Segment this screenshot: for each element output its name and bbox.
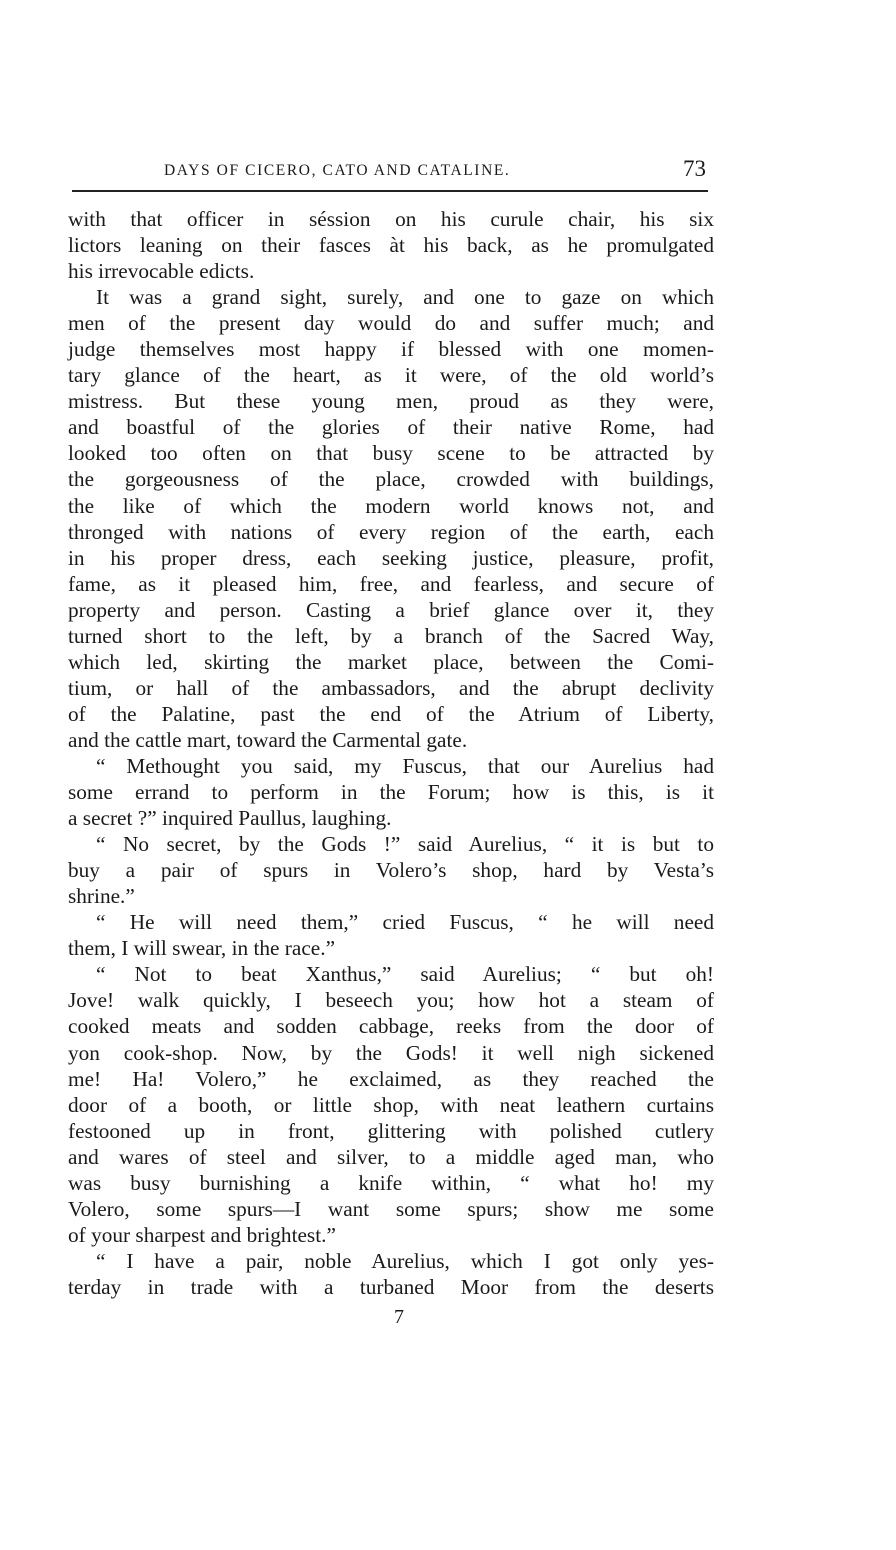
text-line: which led, skirting the market place, be… [68, 649, 714, 675]
text-line: and wares of steel and silver, to a midd… [68, 1144, 714, 1170]
signature-mark: 7 [68, 1306, 722, 1329]
text-line: judge themselves most happy if blessed w… [68, 336, 714, 362]
text-line: tary glance of the heart, as it were, of… [68, 362, 714, 388]
text-line: lictors leaning on their fasces àt his b… [68, 232, 714, 258]
text-line: me! Ha! Volero,” he exclaimed, as they r… [68, 1066, 714, 1092]
text-line: “ Not to beat Xanthus,” said Aurelius; “… [68, 961, 714, 987]
text-line: buy a pair of spurs in Volero’s shop, ha… [68, 857, 714, 883]
text-line: Jove! walk quickly, I beseech you; how h… [68, 987, 714, 1013]
text-line: yon cook-shop. Now, by the Gods! it well… [68, 1040, 714, 1066]
text-line: them, I will swear, in the race.” [68, 935, 714, 961]
text-line: door of a booth, or little shop, with ne… [68, 1092, 714, 1118]
running-head: DAYS OF CICERO, CATO AND CATALINE. 73 [68, 158, 714, 188]
text-line: “ Methought you said, my Fuscus, that ou… [68, 753, 714, 779]
body-text: with that officer in séssion on his curu… [68, 206, 714, 1300]
text-line: his irrevocable edicts. [68, 258, 714, 284]
header-rule [72, 190, 708, 192]
text-line: thronged with nations of every region of… [68, 519, 714, 545]
text-line: was busy burnishing a knife within, “ wh… [68, 1170, 714, 1196]
text-line: “ I have a pair, noble Aurelius, which I… [68, 1248, 714, 1274]
text-line: and boastful of the glories of their nat… [68, 414, 714, 440]
text-line: with that officer in séssion on his curu… [68, 206, 714, 232]
text-line: “ He will need them,” cried Fuscus, “ he… [68, 909, 714, 935]
text-line: Volero, some spurs—I want some spurs; sh… [68, 1196, 714, 1222]
text-line: men of the present day would do and suff… [68, 310, 714, 336]
text-line: the gorgeousness of the place, crowded w… [68, 466, 714, 492]
running-title: DAYS OF CICERO, CATO AND CATALINE. [164, 162, 510, 180]
text-line: a secret ?” inquired Paullus, laughing. [68, 805, 714, 831]
text-line: fame, as it pleased him, free, and fearl… [68, 571, 714, 597]
text-line: the like of which the modern world knows… [68, 493, 714, 519]
text-line: looked too often on that busy scene to b… [68, 440, 714, 466]
text-line: of your sharpest and brightest.” [68, 1222, 714, 1248]
text-line: “ No secret, by the Gods !” said Aureliu… [68, 831, 714, 857]
text-line: festooned up in front, glittering with p… [68, 1118, 714, 1144]
text-line: It was a grand sight, surely, and one to… [68, 284, 714, 310]
text-line: of the Palatine, past the end of the Atr… [68, 701, 714, 727]
text-line: tium, or hall of the ambassadors, and th… [68, 675, 714, 701]
page-number: 73 [683, 156, 706, 182]
text-line: shrine.” [68, 883, 714, 909]
text-line: and the cattle mart, toward the Carmenta… [68, 727, 714, 753]
text-line: in his proper dress, each seeking justic… [68, 545, 714, 571]
text-line: cooked meats and sodden cabbage, reeks f… [68, 1013, 714, 1039]
text-line: some errand to perform in the Forum; how… [68, 779, 714, 805]
text-line: property and person. Casting a brief gla… [68, 597, 714, 623]
text-line: mistress. But these young men, proud as … [68, 388, 714, 414]
text-line: terday in trade with a turbaned Moor fro… [68, 1274, 714, 1300]
text-line: turned short to the left, by a branch of… [68, 623, 714, 649]
